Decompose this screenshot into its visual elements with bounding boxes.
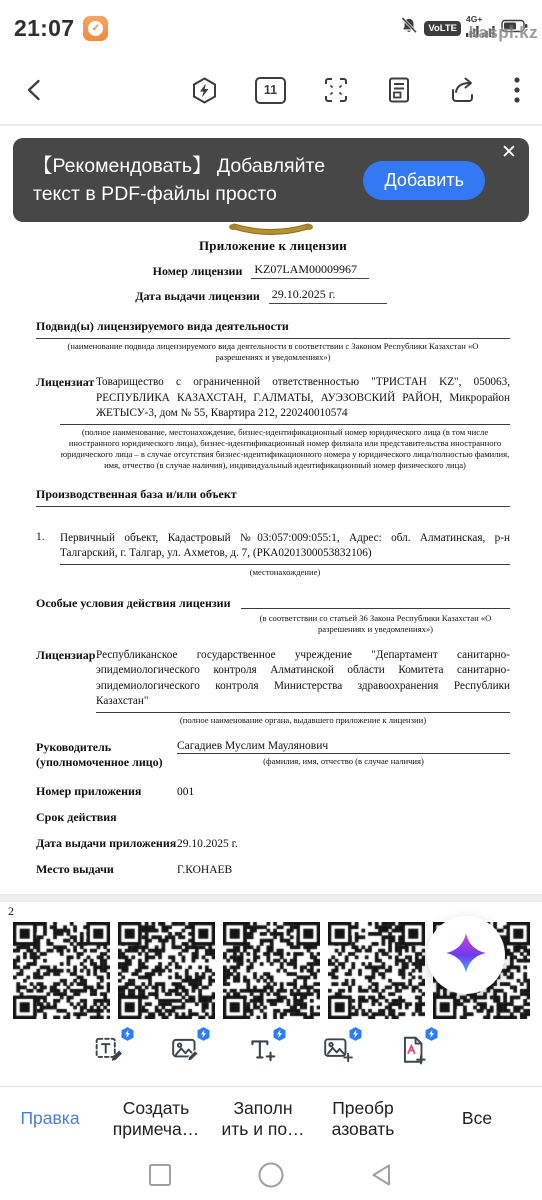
bottom-tab-bar: Правка Создать примеча… Заполн ить и по…… [0, 1086, 542, 1150]
flash-tools-button[interactable] [191, 77, 218, 104]
ai-badge-icon [272, 1026, 287, 1047]
subtype-note: (наименование подвида лицензируемого вид… [36, 341, 510, 363]
subtype-header: Подвид(ы) лицензируемого вида деятельнос… [36, 319, 510, 334]
clock: 21:07 [14, 15, 74, 42]
bell-muted-icon [399, 16, 419, 41]
qr-code [328, 922, 425, 1019]
object-note: (местонахождение) [60, 567, 510, 578]
appendix-number-label: Номер приложения [36, 784, 177, 799]
divider [60, 564, 510, 565]
viewer-toolbar: 11 [0, 56, 542, 126]
divider [60, 424, 510, 425]
notification-app-icon: ✓ [83, 16, 108, 41]
tab-convert[interactable]: Преобр азовать [314, 1098, 412, 1140]
add-text-tool-button[interactable] [246, 1034, 278, 1066]
network-type-label: 4G+ [466, 15, 482, 23]
promo-banner: 【Рекомендовать】 Добавляйте текст в PDF-ф… [13, 138, 529, 222]
tab-edit[interactable]: Правка [0, 1108, 100, 1129]
divider [36, 506, 510, 507]
conditions-header: Особые условия действия лицензии [36, 596, 231, 611]
status-bar: 21:07 ✓ VoLTE 4G+ kaspi.kz [0, 0, 542, 56]
ai-badge-icon [348, 1026, 363, 1047]
battery-icon [501, 19, 528, 38]
place-label: Место выдачи [36, 862, 177, 877]
qr-code [13, 922, 110, 1019]
add-text-promo-button[interactable]: Добавить [363, 161, 485, 200]
signal-bars-icon [466, 24, 496, 42]
gold-emblem-icon [227, 223, 315, 242]
license-number-label: Номер лицензии [153, 264, 243, 279]
head-label-1: Руководитель [36, 740, 177, 755]
overflow-menu-button[interactable] [514, 77, 520, 103]
add-image-tool-button[interactable] [322, 1034, 354, 1066]
close-icon[interactable]: ✕ [498, 142, 520, 164]
conditions-note: (в соответствии со статьей 36 Закона Рес… [241, 613, 510, 635]
qr-code [118, 922, 215, 1019]
fullscreen-button[interactable] [323, 76, 349, 104]
object-text: Первичный объект, Кадастровый №03:057:00… [60, 531, 510, 562]
ai-assistant-button[interactable] [427, 916, 505, 994]
quick-tools-row [0, 1034, 533, 1066]
license-number-value: KZ07LAM00009967 [251, 262, 369, 279]
document-page-1[interactable]: 【Рекомендовать】 Добавляйте текст в PDF-ф… [0, 126, 542, 894]
back-button[interactable] [22, 77, 48, 103]
document-page-2[interactable]: 2 [0, 902, 542, 1086]
promo-text: 【Рекомендовать】 Добавляйте текст в PDF-ф… [33, 152, 325, 208]
divider [36, 338, 510, 339]
tab-fill-sign[interactable]: Заполн ить и по… [212, 1098, 314, 1140]
appendix-date-label: Дата выдачи приложения [36, 836, 177, 851]
page-count-button[interactable]: 11 [255, 77, 286, 104]
appendix-date-value: 29.10.2025 г. [177, 838, 238, 850]
place-value: Г.КОНАЕВ [177, 864, 232, 876]
pdf-viewer-screen: 21:07 ✓ VoLTE 4G+ kaspi.kz [0, 0, 542, 1200]
ai-badge-icon [120, 1026, 135, 1047]
back-nav-button[interactable] [369, 1162, 395, 1188]
edit-image-tool-button[interactable] [170, 1034, 202, 1066]
licensee-text: Товарищество с ограниченной ответственно… [96, 375, 510, 422]
home-button[interactable] [257, 1161, 285, 1189]
volte-badge: VoLTE [424, 21, 461, 36]
divider [96, 712, 510, 713]
edit-text-tool-button[interactable] [94, 1034, 126, 1066]
page-separator [0, 894, 542, 902]
qr-code [223, 922, 320, 1019]
licensee-note: (полное наименование, местонахождение, б… [60, 427, 510, 471]
ai-star-icon [443, 930, 489, 981]
heart-check-icon: ✓ [88, 21, 103, 36]
validity-label: Срок действия [36, 810, 177, 825]
license-date-label: Дата выдачи лицензии [135, 289, 260, 304]
license-date-value: 29.10.2025 г. [269, 287, 387, 304]
licensor-text: Республиканское государственное учрежден… [96, 648, 510, 710]
convert-document-tool-button[interactable] [398, 1034, 430, 1066]
licensor-label: Лицензиар [36, 648, 96, 710]
head-note: (фамилия, имя, отчество (в случае наличи… [177, 756, 510, 767]
licensor-note: (полное наименование органа, выдавшего п… [96, 715, 510, 726]
tab-all[interactable]: Все [412, 1108, 542, 1129]
recents-button[interactable] [147, 1162, 173, 1188]
reader-view-button[interactable] [386, 76, 412, 104]
head-name: Сагадиев Муслим Маулянович [177, 740, 510, 754]
base-header: Производственная база и/или объект [36, 487, 510, 502]
head-label-2: (уполномоченное лицо) [36, 755, 177, 770]
appendix-number-value: 001 [177, 786, 194, 798]
ai-badge-icon [196, 1026, 211, 1047]
licensee-label: Лицензиат [36, 375, 96, 422]
object-number: 1. [36, 531, 60, 562]
android-nav-bar [0, 1150, 542, 1200]
page-number: 2 [8, 904, 14, 919]
ai-badge-icon [424, 1026, 439, 1047]
share-button[interactable] [449, 77, 477, 104]
tab-annotate[interactable]: Создать примеча… [100, 1098, 212, 1140]
divider [241, 608, 510, 609]
